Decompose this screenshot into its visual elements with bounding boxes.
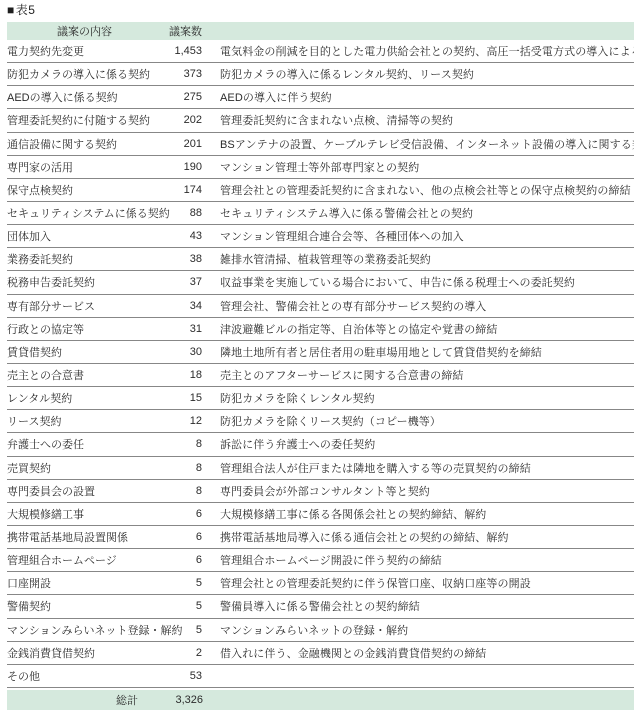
table-row: 専門委員会の設置 8 専門委員会が外部コンサルタント等と契約 [7, 480, 634, 503]
row-agenda-name: リース契約 [7, 413, 162, 429]
row-agenda-count: 34 [162, 300, 205, 312]
row-description: 警備員導入に係る警備会社との契約締結 [205, 598, 634, 614]
row-description: 管理組合ホームページ開設に伴う契約の締結 [205, 552, 634, 568]
row-agenda-name: 携帯電話基地局設置関係 [7, 529, 162, 545]
table-row: 口座開設 5 管理会社との管理委託契約に伴う保管口座、収納口座等の開設 [7, 572, 634, 595]
row-description: 大規模修繕工事に係る各関係会社との契約締結、解約 [205, 506, 634, 522]
row-agenda-name: 業務委託契約 [7, 251, 162, 267]
row-agenda-count: 190 [162, 161, 205, 173]
table-row: マンションみらいネット登録・解約 5 マンションみらいネットの登録・解約 [7, 619, 634, 642]
document-page: ■表5 議案の内容 議案数 電力契約先変更 1,453 電気料金の削減を目的とし… [0, 0, 640, 716]
row-agenda-count: 6 [162, 554, 205, 566]
row-agenda-count: 174 [162, 184, 205, 196]
row-agenda-name: その他 [7, 668, 162, 684]
table-title: ■表5 [7, 3, 35, 17]
row-agenda-name: 管理組合ホームページ [7, 552, 162, 568]
table-row: 弁護士への委任 8 訴訟に伴う弁護士への委任契約 [7, 433, 634, 456]
row-agenda-count: 30 [162, 346, 205, 358]
row-agenda-name: 口座開設 [7, 575, 162, 591]
row-agenda-name: 通信設備に関する契約 [7, 136, 162, 152]
row-agenda-count: 5 [162, 600, 205, 612]
row-description: 収益事業を実施している場合において、申告に係る税理士への委託契約 [205, 274, 634, 290]
table-row: 専有部分サービス 34 管理会社、警備会社との専有部分サービス契約の導入 [7, 295, 634, 318]
row-agenda-count: 18 [162, 369, 205, 381]
row-agenda-count: 1,453 [162, 45, 205, 57]
row-agenda-name: 売主との合意書 [7, 367, 162, 383]
table-row: 賃貸借契約 30 隣地土地所有者と居住者用の駐車場用地として賃貸借契約を締結 [7, 341, 634, 364]
table-row: AEDの導入に係る契約 275 AEDの導入に伴う契約 [7, 86, 634, 109]
table-row: 電力契約先変更 1,453 電気料金の削減を目的とした電力供給会社との契約、高圧… [7, 40, 634, 63]
table-row: リース契約 12 防犯カメラを除くリース契約（コピー機等） [7, 410, 634, 433]
row-description: 管理委託契約に含まれない点検、清掃等の契約 [205, 112, 634, 128]
row-agenda-count: 201 [162, 138, 205, 150]
table-row: その他 53 [7, 665, 634, 688]
row-agenda-count: 43 [162, 230, 205, 242]
row-agenda-count: 31 [162, 323, 205, 335]
row-description: マンション管理組合連合会等、各種団体への加入 [205, 228, 634, 244]
table-body: 電力契約先変更 1,453 電気料金の削減を目的とした電力供給会社との契約、高圧… [7, 40, 634, 688]
row-agenda-name: セキュリティシステムに係る契約 [7, 205, 162, 221]
row-agenda-count: 15 [162, 392, 205, 404]
table-row: 管理委託契約に付随する契約 202 管理委託契約に含まれない点検、清掃等の契約 [7, 109, 634, 132]
row-agenda-count: 53 [162, 670, 205, 682]
row-agenda-count: 6 [162, 531, 205, 543]
table-row: セキュリティシステムに係る契約 88 セキュリティシステム導入に係る警備会社との… [7, 202, 634, 225]
table-row: 税務申告委託契約 37 収益事業を実施している場合において、申告に係る税理士への… [7, 271, 634, 294]
table-row: 専門家の活用 190 マンション管理士等外部専門家との契約 [7, 156, 634, 179]
row-agenda-count: 37 [162, 276, 205, 288]
table-title-text: 表5 [16, 3, 36, 17]
row-description: 管理会社との管理委託契約に含まれない、他の点検会社等との保守点検契約の締結 [205, 182, 634, 198]
row-agenda-name: 専門委員会の設置 [7, 483, 162, 499]
row-agenda-count: 5 [162, 624, 205, 636]
row-agenda-count: 275 [162, 91, 205, 103]
row-agenda-name: 大規模修繕工事 [7, 506, 162, 522]
row-description: セキュリティシステム導入に係る警備会社との契約 [205, 205, 634, 221]
row-description: AEDの導入に伴う契約 [205, 89, 634, 105]
row-description: 携帯電話基地局導入に係る通信会社との契約の締結、解約 [205, 529, 634, 545]
table-row: 保守点検契約 174 管理会社との管理委託契約に含まれない、他の点検会社等との保… [7, 179, 634, 202]
row-agenda-name: AEDの導入に係る契約 [7, 89, 162, 105]
row-agenda-count: 88 [162, 207, 205, 219]
section-marker-icon: ■ [7, 3, 15, 17]
row-agenda-name: 弁護士への委任 [7, 436, 162, 452]
row-description: マンションみらいネットの登録・解約 [205, 622, 634, 638]
row-description: 津波避難ビルの指定等、自治体等との協定や覚書の締結 [205, 321, 634, 337]
row-description: 電気料金の削減を目的とした電力供給会社との契約、高圧一括受電方式の導入による契約 [205, 43, 634, 59]
row-agenda-name: 行政との協定等 [7, 321, 162, 337]
table-header-row: 議案の内容 議案数 [7, 22, 634, 40]
row-agenda-name: 電力契約先変更 [7, 43, 162, 59]
header-agenda-content: 議案の内容 [7, 23, 162, 39]
row-agenda-name: 防犯カメラの導入に係る契約 [7, 66, 162, 82]
table-row: 携帯電話基地局設置関係 6 携帯電話基地局導入に係る通信会社との契約の締結、解約 [7, 526, 634, 549]
row-agenda-count: 38 [162, 253, 205, 265]
table-row: レンタル契約 15 防犯カメラを除くレンタル契約 [7, 387, 634, 410]
row-description: 管理会社との管理委託契約に伴う保管口座、収納口座等の開設 [205, 575, 634, 591]
table-row: 管理組合ホームページ 6 管理組合ホームページ開設に伴う契約の締結 [7, 549, 634, 572]
table-row: 警備契約 5 警備員導入に係る警備会社との契約締結 [7, 595, 634, 618]
table-row: 防犯カメラの導入に係る契約 373 防犯カメラの導入に係るレンタル契約、リース契… [7, 63, 634, 86]
row-agenda-count: 8 [162, 462, 205, 474]
table-row: 行政との協定等 31 津波避難ビルの指定等、自治体等との協定や覚書の締結 [7, 318, 634, 341]
row-agenda-name: 売買契約 [7, 460, 162, 476]
table-row: 団体加入 43 マンション管理組合連合会等、各種団体への加入 [7, 225, 634, 248]
agenda-table: 議案の内容 議案数 電力契約先変更 1,453 電気料金の削減を目的とした電力供… [7, 22, 634, 710]
row-description: 雑排水管清掃、植栽管理等の業務委託契約 [205, 251, 634, 267]
table-row: 通信設備に関する契約 201 BSアンテナの設置、ケーブルテレビ受信設備、インタ… [7, 133, 634, 156]
table-row: 大規模修繕工事 6 大規模修繕工事に係る各関係会社との契約締結、解約 [7, 503, 634, 526]
row-agenda-count: 12 [162, 415, 205, 427]
row-description: 隣地土地所有者と居住者用の駐車場用地として賃貸借契約を締結 [205, 344, 634, 360]
row-agenda-count: 202 [162, 114, 205, 126]
row-agenda-name: レンタル契約 [7, 390, 162, 406]
row-agenda-count: 8 [162, 485, 205, 497]
row-description: 管理会社、警備会社との専有部分サービス契約の導入 [205, 298, 634, 314]
row-description: BSアンテナの設置、ケーブルテレビ受信設備、インターネット設備の導入に関する契約 [205, 136, 634, 152]
row-description: 防犯カメラを除くレンタル契約 [205, 390, 634, 406]
row-description: 管理組合法人が住戸または隣地を購入する等の売買契約の締結 [205, 460, 634, 476]
row-agenda-name: 団体加入 [7, 228, 162, 244]
row-agenda-count: 373 [162, 68, 205, 80]
row-agenda-name: 専門家の活用 [7, 159, 162, 175]
row-agenda-count: 5 [162, 577, 205, 589]
row-description: 専門委員会が外部コンサルタント等と契約 [205, 483, 634, 499]
row-agenda-name: マンションみらいネット登録・解約 [7, 622, 162, 638]
row-agenda-name: 金銭消費貸借契約 [7, 645, 162, 661]
table-row: 業務委託契約 38 雑排水管清掃、植栽管理等の業務委託契約 [7, 248, 634, 271]
row-agenda-count: 2 [162, 647, 205, 659]
row-description: 防犯カメラを除くリース契約（コピー機等） [205, 413, 634, 429]
total-value: 3,326 [162, 694, 205, 706]
table-row: 金銭消費貸借契約 2 借入れに伴う、金融機関との金銭消費貸借契約の締結 [7, 642, 634, 665]
row-agenda-count: 8 [162, 438, 205, 450]
row-agenda-name: 専有部分サービス [7, 298, 162, 314]
table-total-row: 総計 3,326 [7, 690, 634, 710]
row-agenda-count: 6 [162, 508, 205, 520]
row-agenda-name: 警備契約 [7, 598, 162, 614]
header-agenda-count: 議案数 [162, 23, 205, 39]
row-description: 売主とのアフターサービスに関する合意書の締結 [205, 367, 634, 383]
row-agenda-name: 賃貸借契約 [7, 344, 162, 360]
row-agenda-name: 税務申告委託契約 [7, 274, 162, 290]
row-description: マンション管理士等外部専門家との契約 [205, 159, 634, 175]
row-description: 訴訟に伴う弁護士への委任契約 [205, 436, 634, 452]
row-agenda-name: 管理委託契約に付随する契約 [7, 112, 162, 128]
row-description: 借入れに伴う、金融機関との金銭消費貸借契約の締結 [205, 645, 634, 661]
total-label: 総計 [7, 692, 162, 708]
row-agenda-name: 保守点検契約 [7, 182, 162, 198]
table-row: 売主との合意書 18 売主とのアフターサービスに関する合意書の締結 [7, 364, 634, 387]
row-description: 防犯カメラの導入に係るレンタル契約、リース契約 [205, 66, 634, 82]
table-row: 売買契約 8 管理組合法人が住戸または隣地を購入する等の売買契約の締結 [7, 457, 634, 480]
